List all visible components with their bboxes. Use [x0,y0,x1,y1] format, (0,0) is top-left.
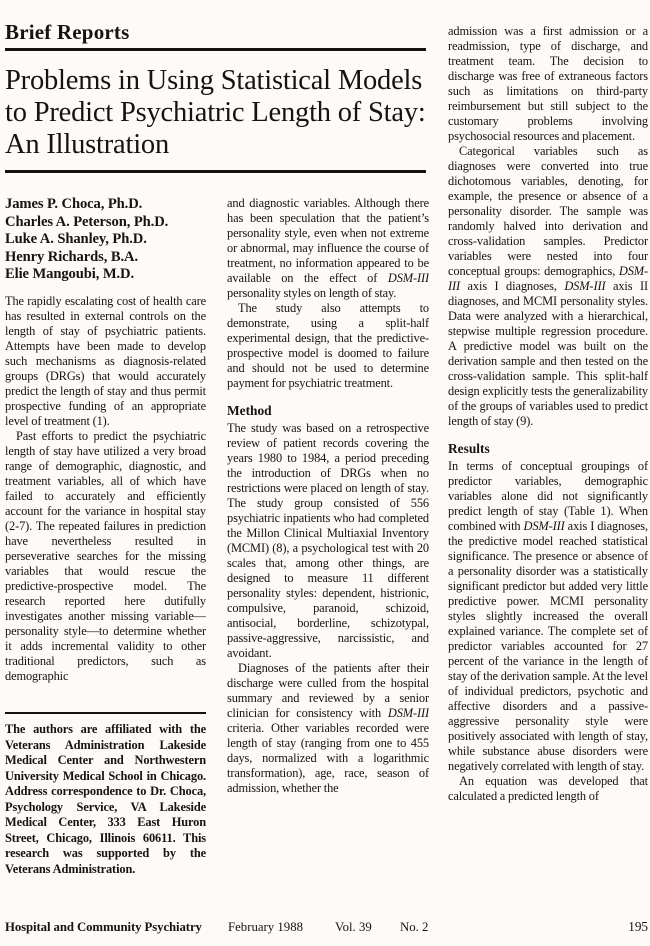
column-2: and diagnostic variables. Although there… [227,196,429,896]
author-name: Charles A. Peterson, Ph.D. [5,214,206,232]
paragraph: Past efforts to predict the psychiatric … [5,429,206,684]
paragraph: The study was based on a retrospective r… [227,421,429,661]
author-name: Elie Mangoubi, M.D. [5,266,206,284]
author-list: James P. Choca, Ph.D. Charles A. Peterso… [5,196,206,284]
volume-label: Vol. 39 [335,919,372,935]
article-header: Brief Reports Problems in Using Statisti… [5,20,426,173]
section-heading: Brief Reports [5,20,426,44]
issue-number: No. 2 [400,919,428,935]
paragraph: Diagnoses of the patients after their di… [227,661,429,796]
journal-name: Hospital and Community Psychiatry [5,919,202,935]
method-heading: Method [227,403,429,419]
author-name: Henry Richards, B.A. [5,249,206,267]
author-name: James P. Choca, Ph.D. [5,196,206,214]
page-number: 195 [628,919,648,935]
results-heading: Results [448,441,648,457]
paragraph: The rapidly escalating cost of health ca… [5,294,206,429]
paragraph: An equation was developed that calculate… [448,774,648,804]
author-name: Luke A. Shanley, Ph.D. [5,231,206,249]
issue-date: February 1988 [228,919,303,935]
paragraph: In terms of conceptual groupings of pred… [448,459,648,774]
journal-page: Brief Reports Problems in Using Statisti… [0,0,650,946]
author-affiliation-note: The authors are affiliated with the Vete… [5,712,206,877]
paragraph: Categorical variables such as diagnoses … [448,144,648,429]
paragraph: admission was a first admission or a rea… [448,24,648,144]
header-rule [5,48,426,51]
column-3: admission was a first admission or a rea… [448,24,648,904]
paragraph: The study also attempts to demonstrate, … [227,301,429,391]
paragraph: and diagnostic variables. Although there… [227,196,429,301]
footnote-text: The authors are affiliated with the Vete… [5,722,206,877]
column-1: James P. Choca, Ph.D. Charles A. Peterso… [5,196,206,701]
footnote-rule [5,712,206,714]
title-rule [5,170,426,173]
article-title: Problems in Using Statistical Models to … [5,65,426,161]
page-footer: Hospital and Community Psychiatry Februa… [5,919,648,939]
